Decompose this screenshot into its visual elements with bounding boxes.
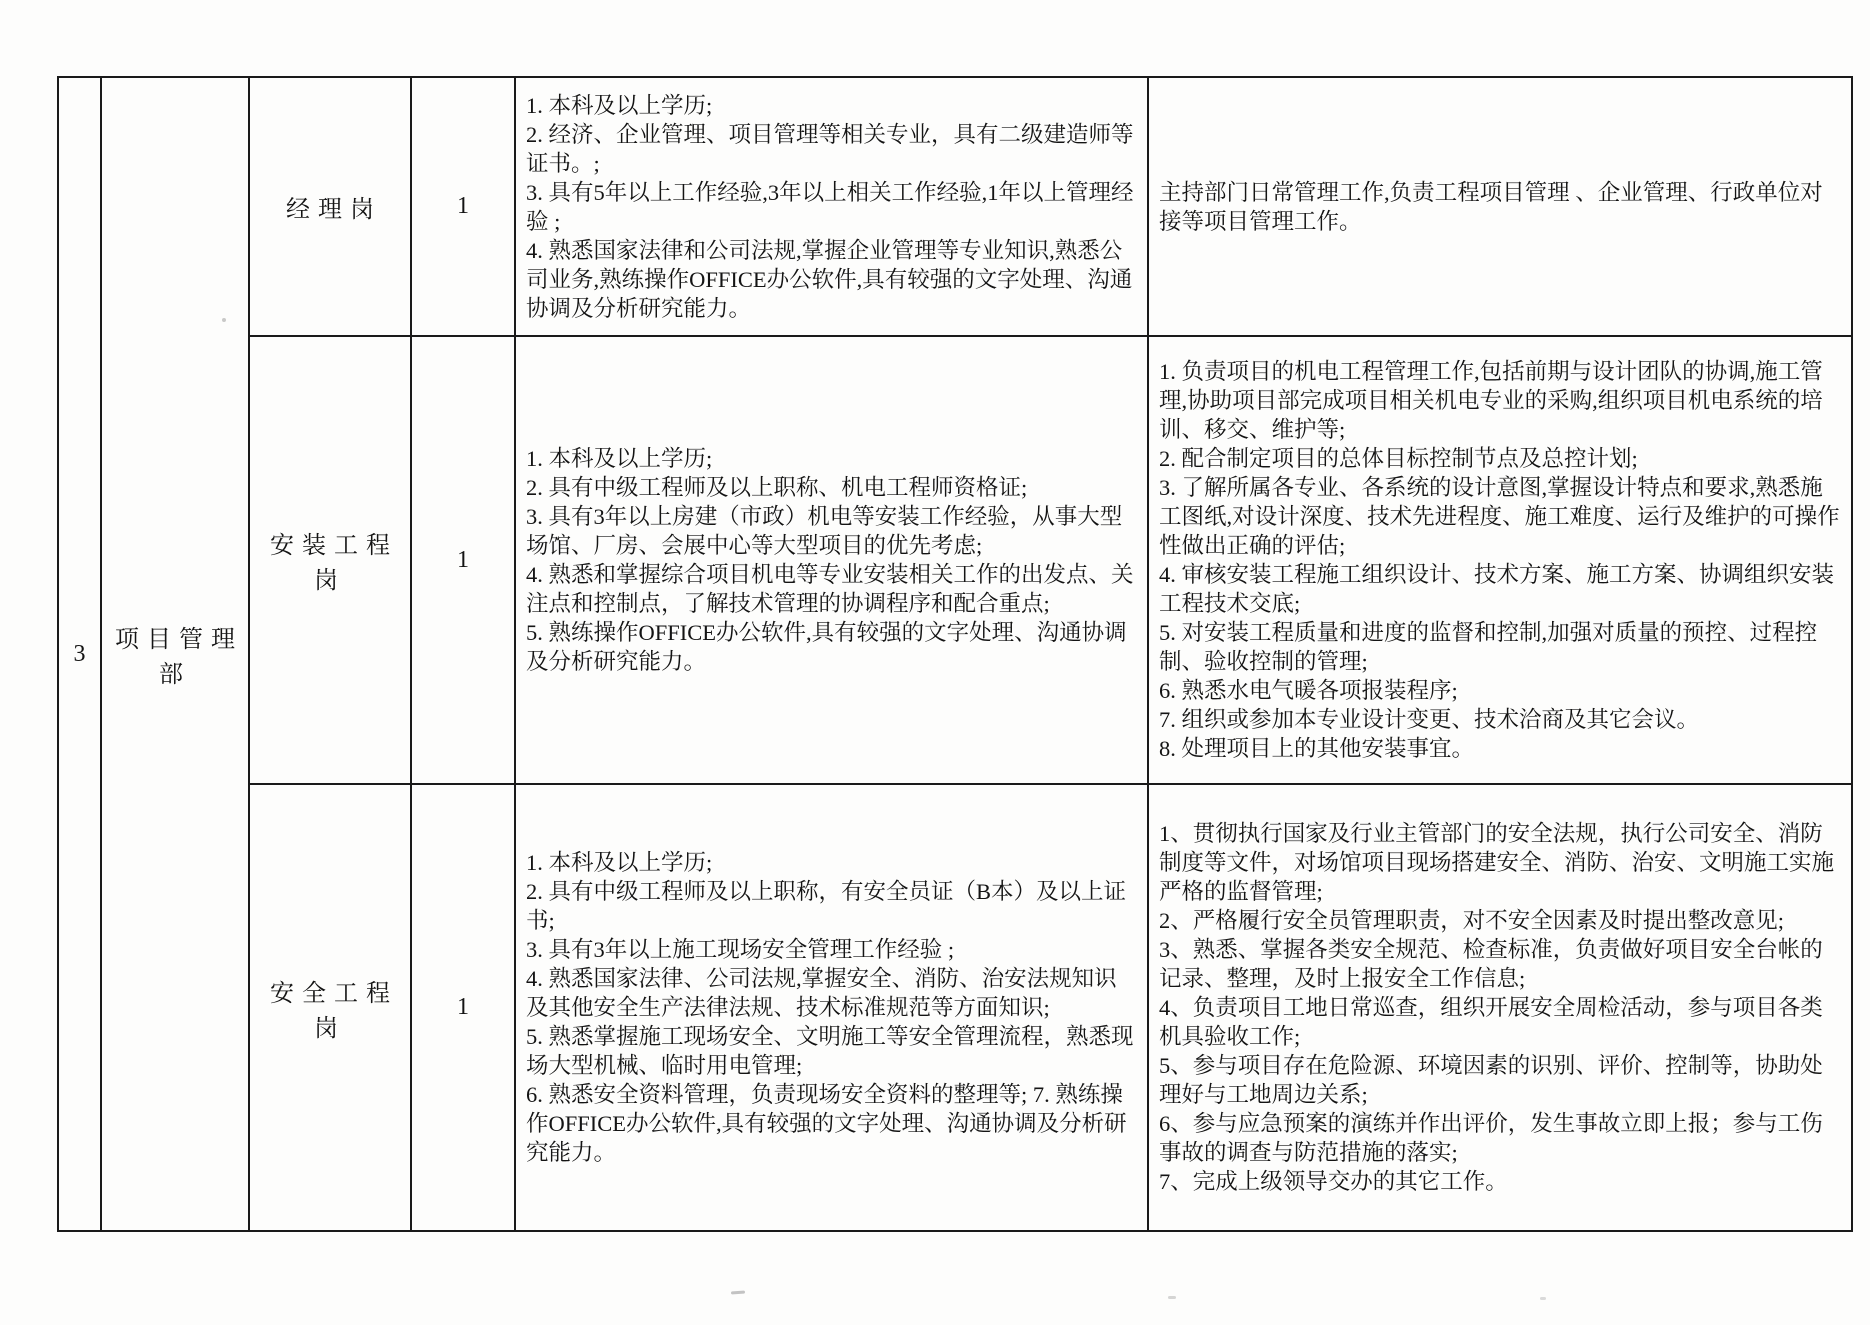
duties-cell: 1、贯彻执行国家及行业主管部门的安全法规，执行公司安全、消防制度等文件，对场馆项… — [1148, 784, 1852, 1231]
requirements-cell: 1. 本科及以上学历; 2. 具有中级工程师及以上职称、机电工程师资格证; 3.… — [515, 336, 1148, 784]
scan-noise — [731, 1291, 745, 1295]
department-cell: 项目管理部 — [101, 77, 249, 1231]
job-postings-table: 3 项目管理部 经理岗 1 1. 本科及以上学历; 2. 经济、企业管理、项目管… — [57, 76, 1853, 1232]
seq-cell: 3 — [58, 77, 101, 1231]
scan-noise — [1540, 1297, 1546, 1300]
duties-cell: 主持部门日常管理工作,负责工程项目管理 、企业管理、行政单位对接等项目管理工作。 — [1148, 77, 1852, 336]
headcount-cell: 1 — [411, 77, 515, 336]
table-row: 3 项目管理部 经理岗 1 1. 本科及以上学历; 2. 经济、企业管理、项目管… — [58, 77, 1852, 336]
duties-cell: 1. 负责项目的机电工程管理工作,包括前期与设计团队的协调,施工管理,协助项目部… — [1148, 336, 1852, 784]
scan-noise — [222, 318, 226, 322]
headcount-cell: 1 — [411, 784, 515, 1231]
position-cell: 安装工程岗 — [249, 336, 411, 784]
requirements-cell: 1. 本科及以上学历; 2. 经济、企业管理、项目管理等相关专业，具有二级建造师… — [515, 77, 1148, 336]
table-row: 安全工程岗 1 1. 本科及以上学历; 2. 具有中级工程师及以上职称，有安全员… — [58, 784, 1852, 1231]
requirements-cell: 1. 本科及以上学历; 2. 具有中级工程师及以上职称，有安全员证（B本）及以上… — [515, 784, 1148, 1231]
table-row: 安装工程岗 1 1. 本科及以上学历; 2. 具有中级工程师及以上职称、机电工程… — [58, 336, 1852, 784]
headcount-cell: 1 — [411, 336, 515, 784]
scan-noise — [1168, 1296, 1176, 1299]
position-cell: 经理岗 — [249, 77, 411, 336]
position-cell: 安全工程岗 — [249, 784, 411, 1231]
